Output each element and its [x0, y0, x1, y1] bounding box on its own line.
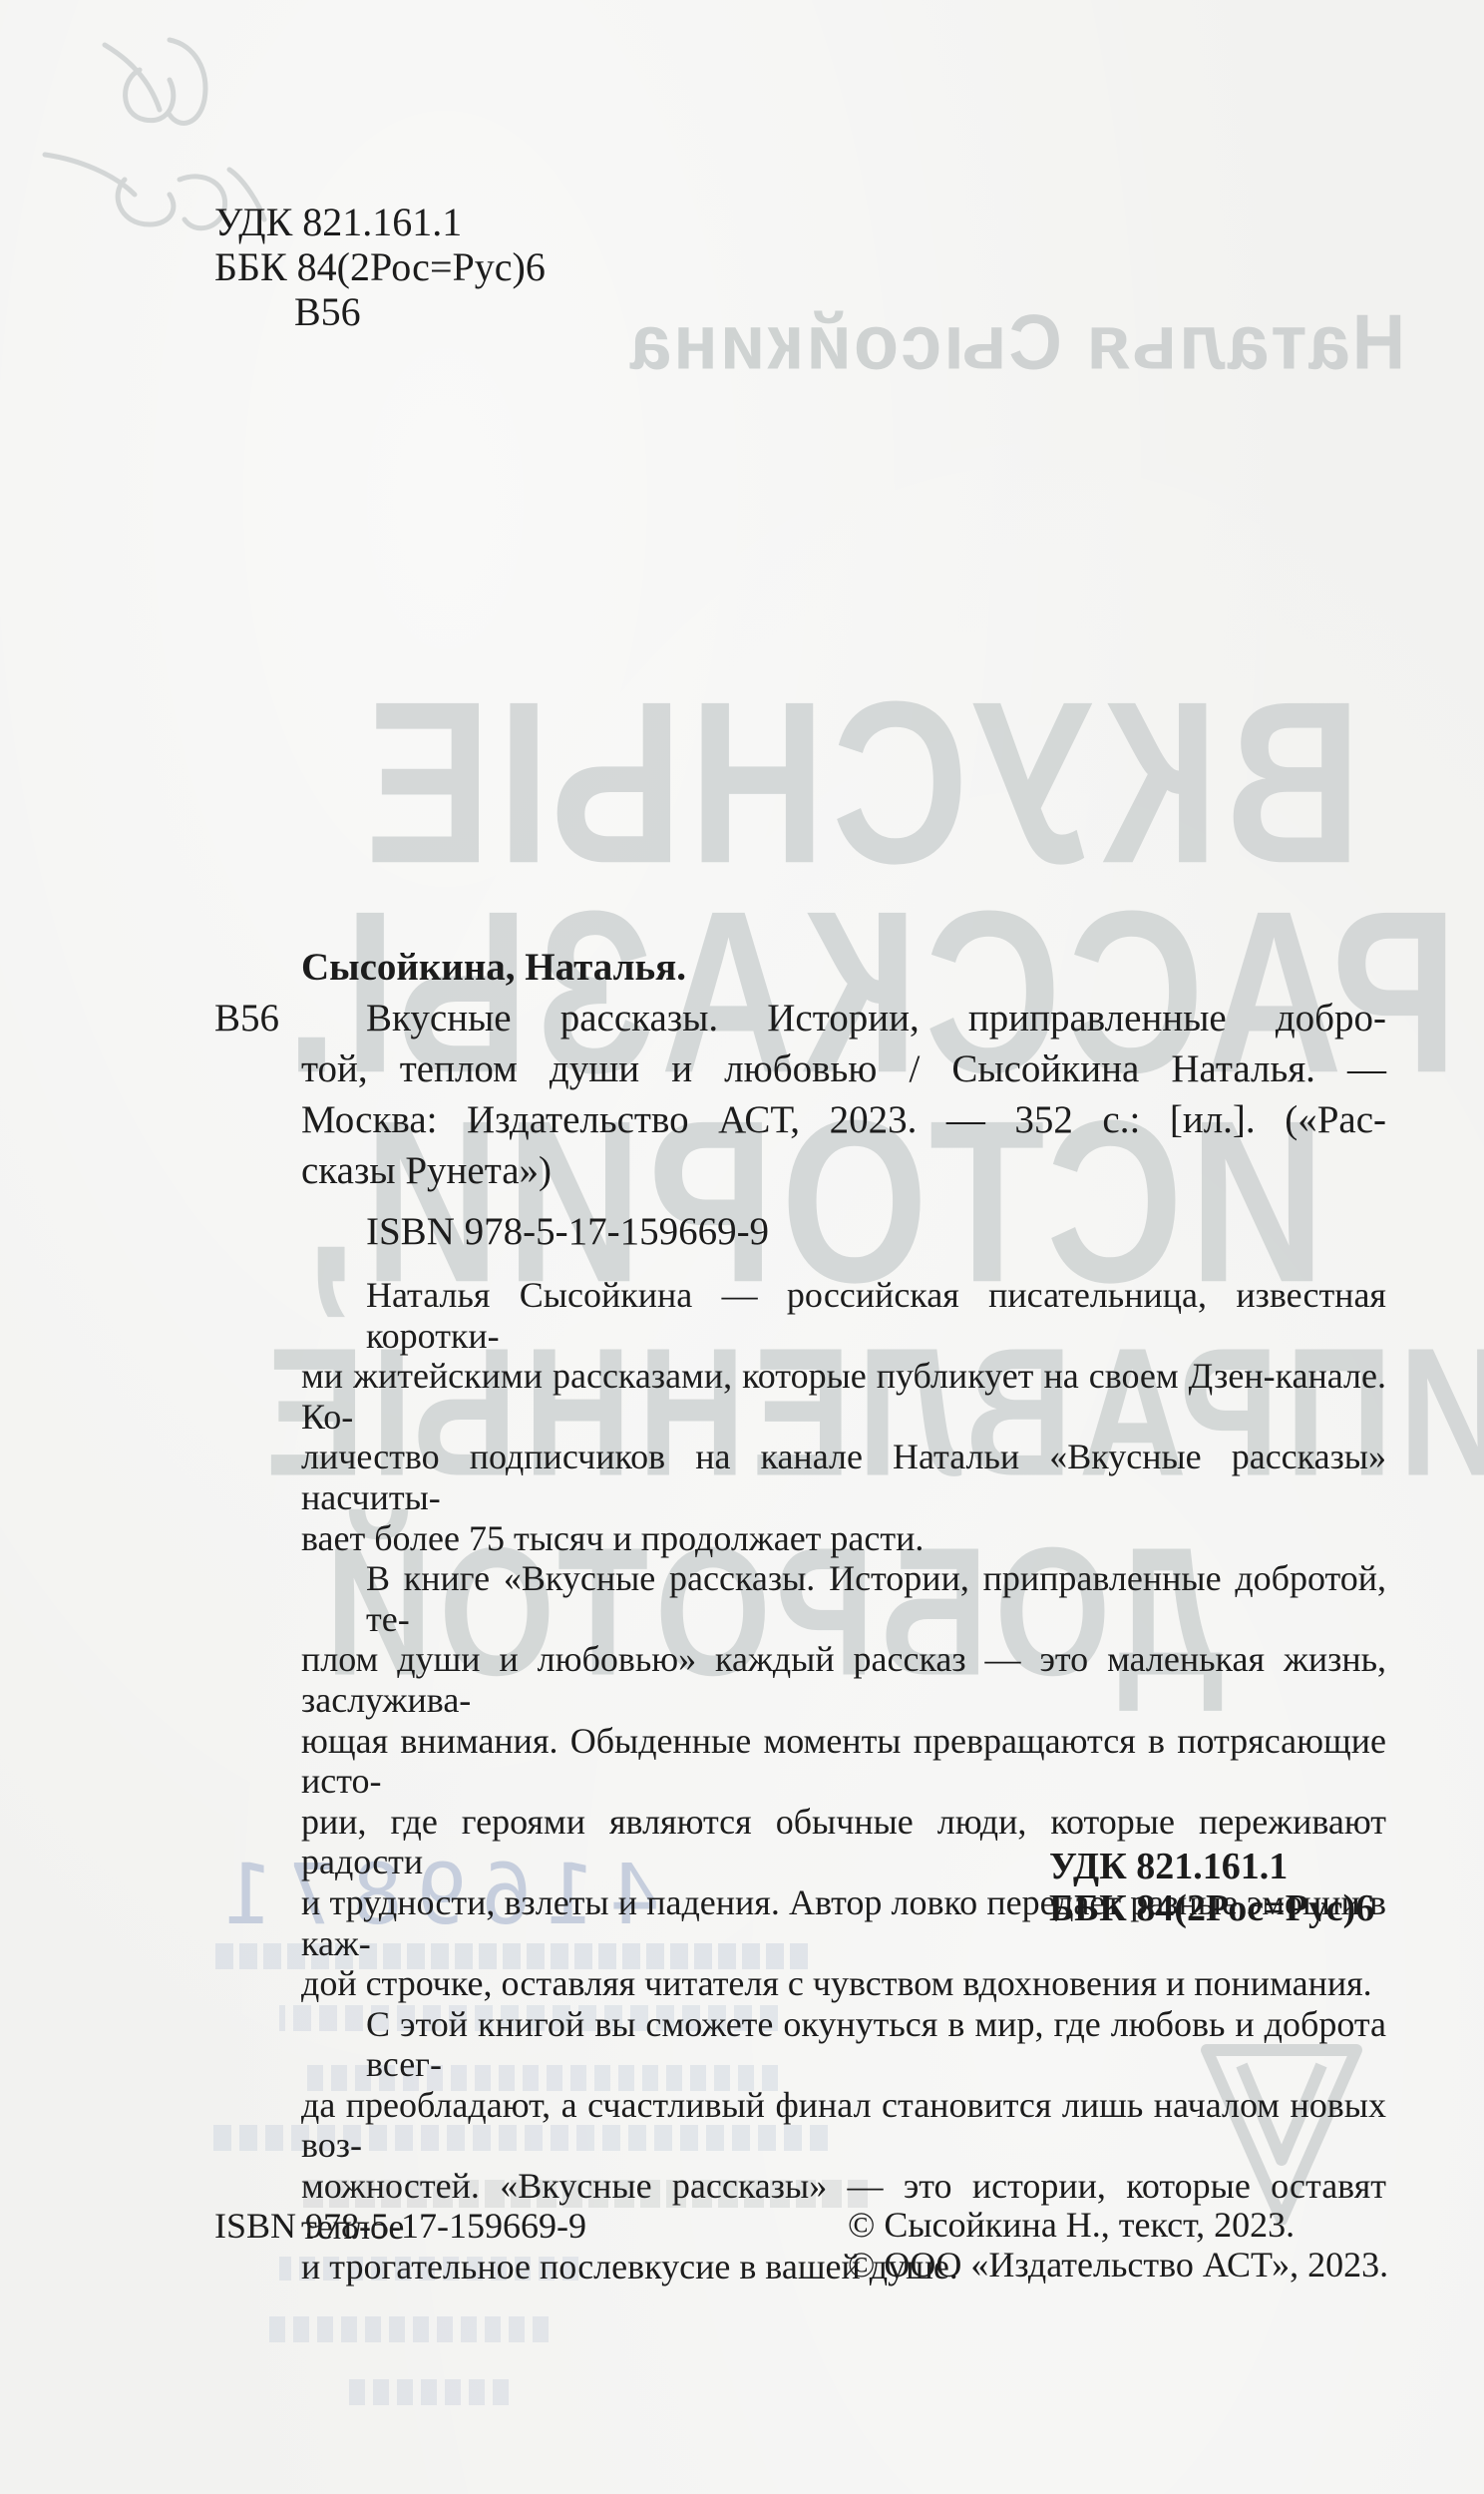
- bbk-code: ББК 84(2Рос=Рус)6: [1049, 1887, 1374, 1929]
- author-heading: Сысойкина, Наталья.: [301, 942, 1386, 993]
- annotation-line: С этой книгой вы сможете окунуться в мир…: [301, 2004, 1386, 2085]
- udk-code: УДК 821.161.1: [214, 200, 546, 244]
- annotation-line: вает более 75 тысяч и продолжает расти.: [301, 1518, 1386, 1559]
- description-line: Москва: Издательство АСТ, 2023. — 352 с.…: [301, 1094, 1386, 1145]
- description-line: Вкусные рассказы. Истории, приправленные…: [301, 993, 1386, 1043]
- annotation-line: плом души и любовью» каждый рассказ — эт…: [301, 1639, 1386, 1720]
- bleed-through-stamp-line: [269, 2316, 549, 2342]
- bbk-code: ББК 84(2Рос=Рус)6: [214, 244, 546, 289]
- description-line: той, теплом души и любовью / Сысойкина Н…: [301, 1043, 1386, 1094]
- bibliographic-record: Сысойкина, Наталья. В56 Вкусные рассказы…: [214, 942, 1386, 1196]
- annotation-paragraph: В книге «Вкусные рассказы. Истории, прип…: [301, 1558, 1386, 2004]
- annotation-line: да преобладают, а счастливый финал стано…: [301, 2085, 1386, 2166]
- classification-right: УДК 821.161.1 ББК 84(2Рос=Рус)6: [1049, 1846, 1374, 1929]
- isbn: ISBN 978-5-17-159669-9: [366, 1209, 769, 1254]
- annotation-line: ми житейскими рассказами, которые публик…: [301, 1356, 1386, 1437]
- annotation-line: ющая внимания. Обыденные моменты превращ…: [301, 1721, 1386, 1802]
- bibliographic-description: Вкусные рассказы. Истории, приправленные…: [301, 993, 1386, 1196]
- bleed-through-stamp-line: [349, 2379, 509, 2405]
- footer-isbn: ISBN 978-5-17-159669-9: [214, 2205, 586, 2247]
- annotation: Наталья Сысойкина — российская писательн…: [301, 1275, 1386, 2287]
- author-sign: В56: [214, 993, 301, 1196]
- annotation-line: Наталья Сысойкина — российская писательн…: [301, 1275, 1386, 1356]
- annotation-line: В книге «Вкусные рассказы. Истории, прип…: [301, 1558, 1386, 1639]
- annotation-line: дой строчке, оставляя читателя с чувство…: [301, 1963, 1386, 2004]
- annotation-line: личество подписчиков на канале Натальи «…: [301, 1437, 1386, 1517]
- classification-top: УДК 821.161.1 ББК 84(2Рос=Рус)6 В56: [214, 200, 546, 334]
- bleed-through-author: Наталья Сысойкина: [628, 297, 1405, 386]
- bleed-through-title-line: ВКУСНЫЕ: [359, 667, 1361, 899]
- book-page: Наталья Сысойкина ВКУСНЫЕ РАССКАЗЫ. ИСТО…: [0, 0, 1484, 2494]
- author-sign: В56: [214, 289, 546, 334]
- copyright-line: © Сысойкина Н., текст, 2023.: [848, 2205, 1388, 2245]
- description-line: сказы Рунета»): [301, 1145, 1386, 1196]
- udk-code: УДК 821.161.1: [1049, 1846, 1374, 1887]
- annotation-paragraph: Наталья Сысойкина — российская писательн…: [301, 1275, 1386, 1558]
- copyright-notice: © Сысойкина Н., текст, 2023. © ООО «Изда…: [848, 2205, 1388, 2285]
- copyright-line: © ООО «Издательство АСТ», 2023.: [848, 2245, 1388, 2285]
